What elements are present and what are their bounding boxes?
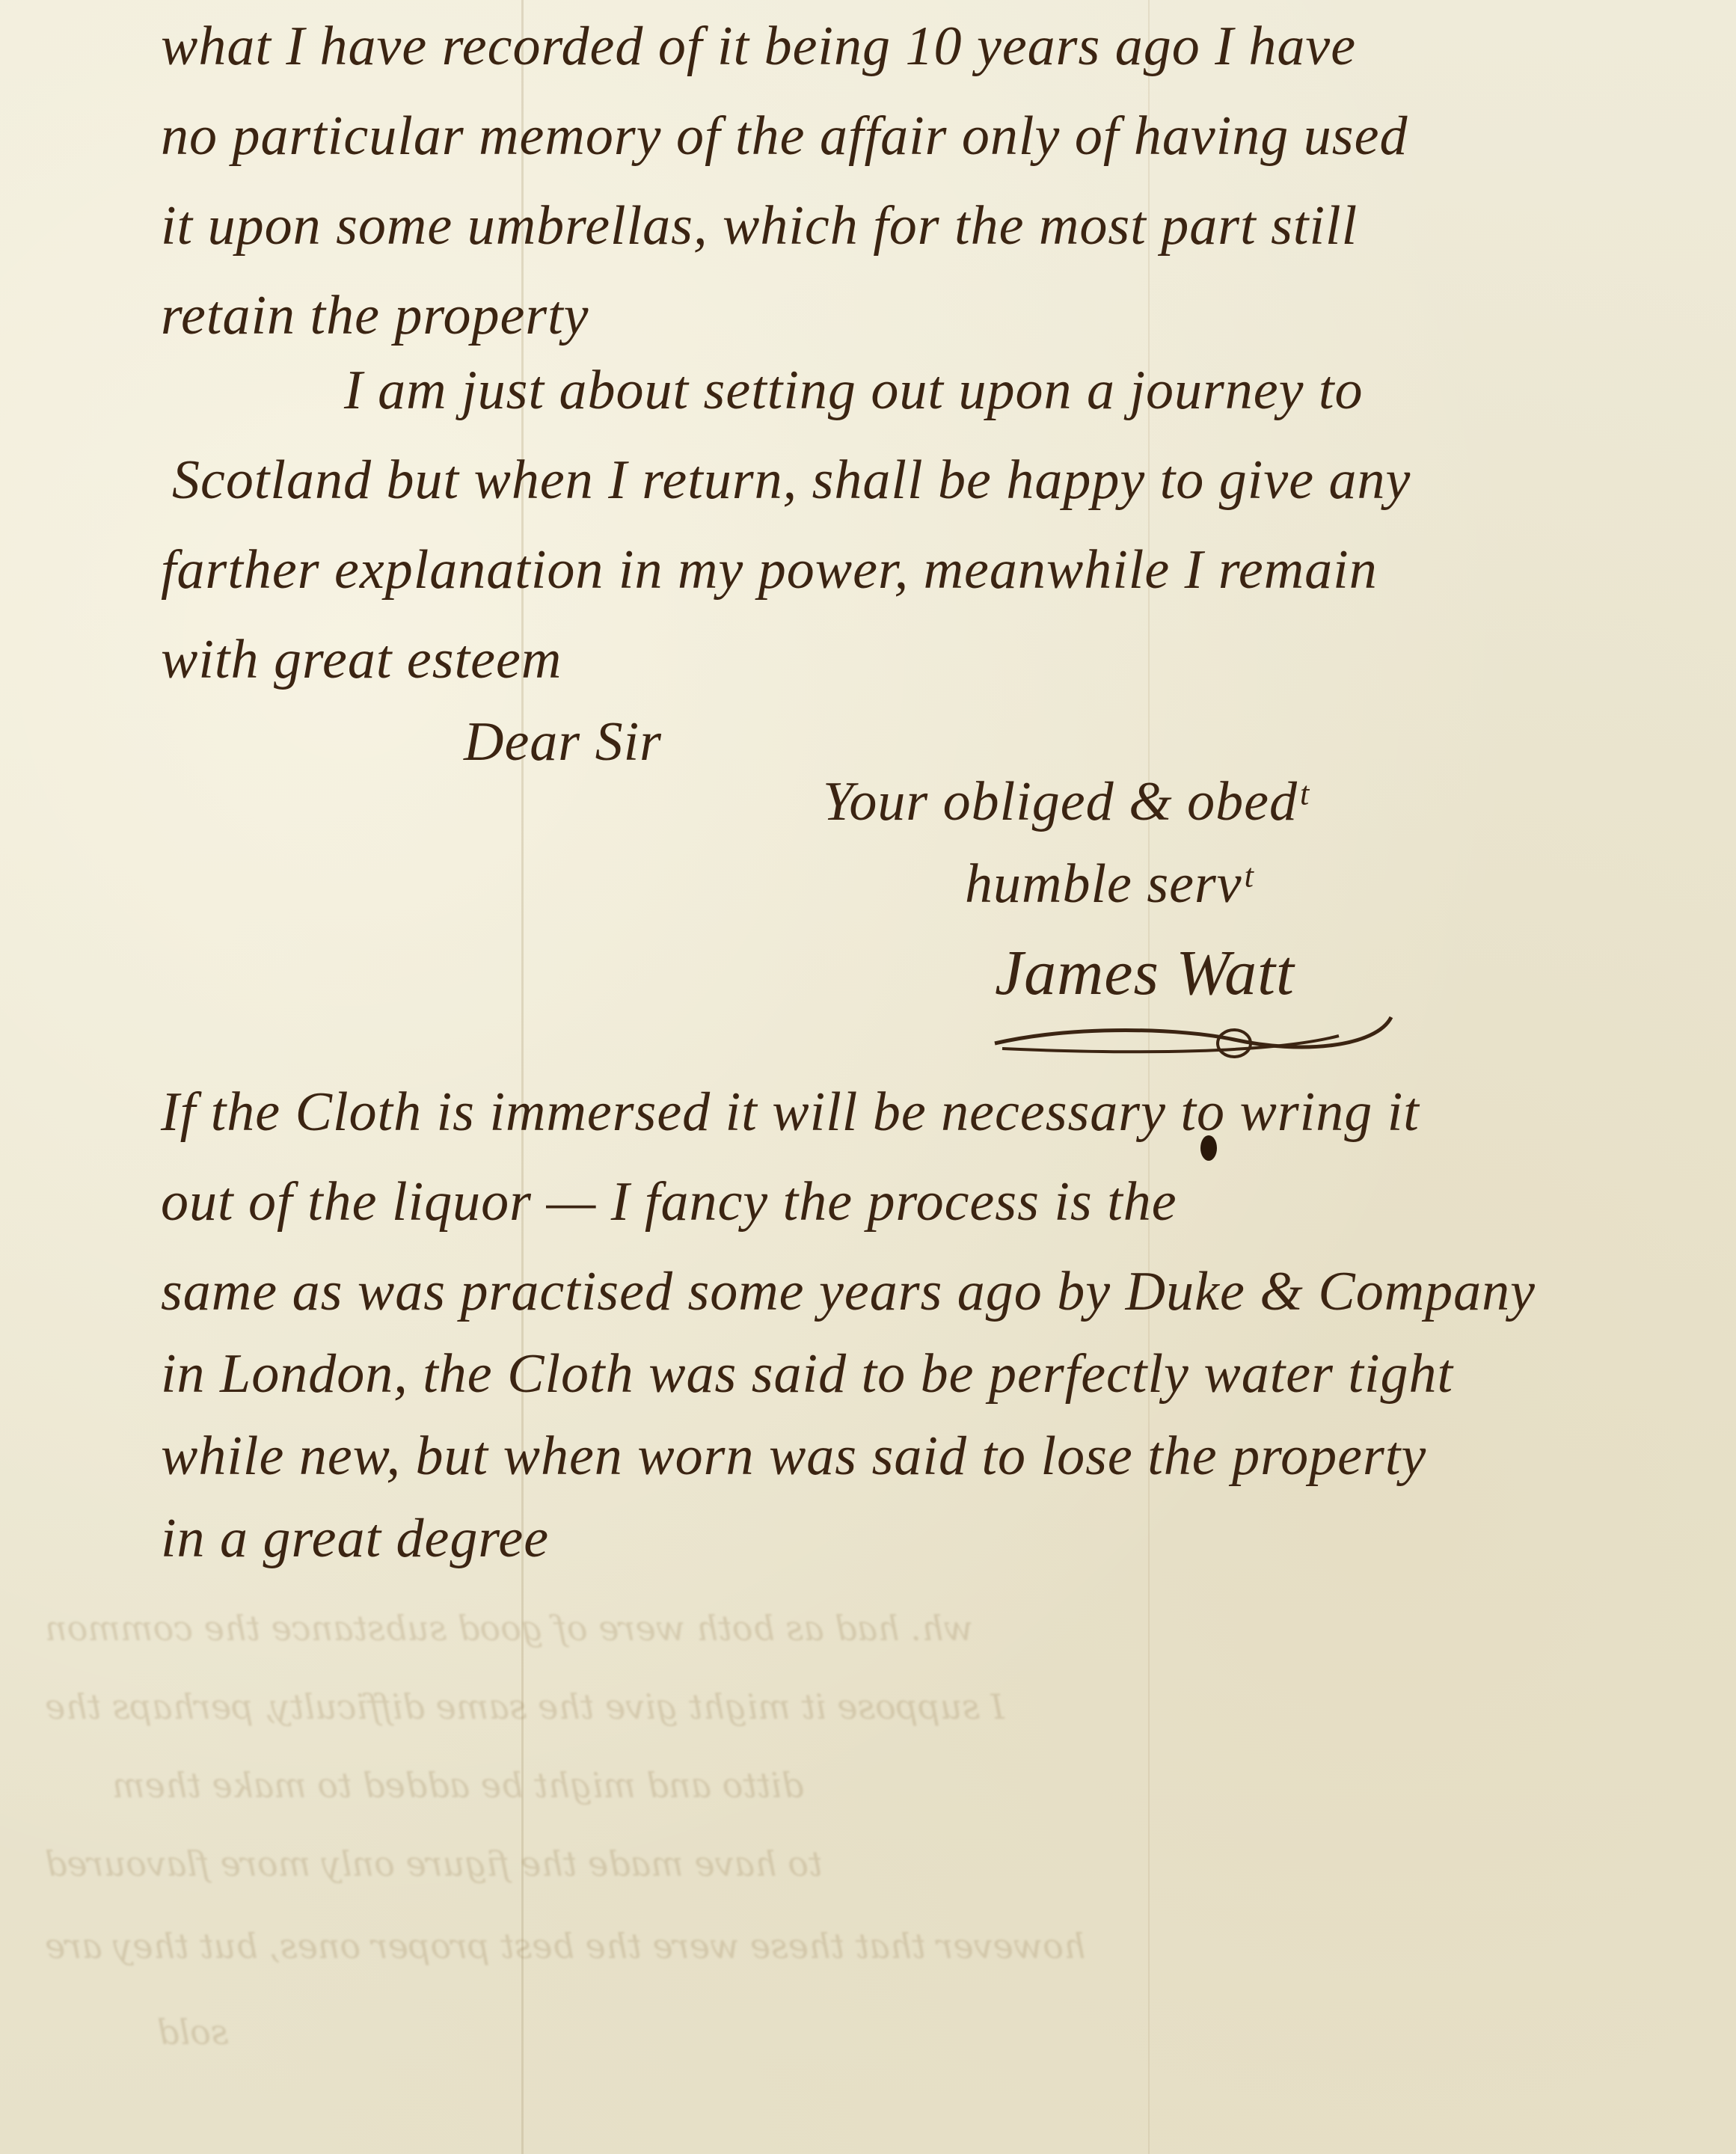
bleed-through-text: I suppose it might give the same difficu…: [45, 1687, 1005, 1727]
body-line: retain the property: [161, 284, 589, 348]
letter-page: wh. had as both were of good substance t…: [0, 0, 1736, 2154]
bleed-through-text: wh. had as both were of good substance t…: [45, 1608, 973, 1648]
postscript-line: in a great degree: [161, 1507, 549, 1571]
closing-line: Your obliged & obedᵗ: [823, 770, 1307, 834]
body-line: Scotland but when I return, shall be hap…: [172, 449, 1411, 512]
bleed-through-text: sold: [157, 2012, 228, 2052]
bleed-through-text: however that these were the best proper …: [45, 1926, 1086, 1966]
body-line: no particular memory of the affair only …: [161, 105, 1408, 168]
postscript-line: out of the liquor — I fancy the process …: [161, 1170, 1177, 1234]
body-line: it upon some umbrellas, which for the mo…: [161, 194, 1358, 258]
salutation: Dear Sir: [464, 711, 662, 774]
signature: James Watt: [995, 935, 1295, 1010]
body-line: what I have recorded of it being 10 year…: [161, 15, 1356, 79]
body-line: farther explanation in my power, meanwhi…: [161, 538, 1378, 602]
signature-flourish-icon: [987, 1010, 1406, 1062]
postscript-line: in London, the Cloth was said to be perf…: [161, 1343, 1453, 1406]
body-line: I am just about setting out upon a journ…: [344, 359, 1364, 423]
body-line: with great esteem: [161, 628, 562, 692]
bleed-through-text: ditto and might be added to make them: [112, 1765, 804, 1805]
bleed-through-text: to have made the figure only more flavou…: [45, 1844, 822, 1884]
ink-blot: [1200, 1135, 1217, 1161]
postscript-line: while new, but when worn was said to los…: [161, 1425, 1426, 1488]
paper-fold-line: [1148, 0, 1150, 2154]
postscript-line: same as was practised some years ago by …: [161, 1260, 1536, 1324]
postscript-line: If the Cloth is immersed it will be nece…: [161, 1081, 1420, 1144]
closing-line: humble servᵗ: [965, 853, 1252, 916]
